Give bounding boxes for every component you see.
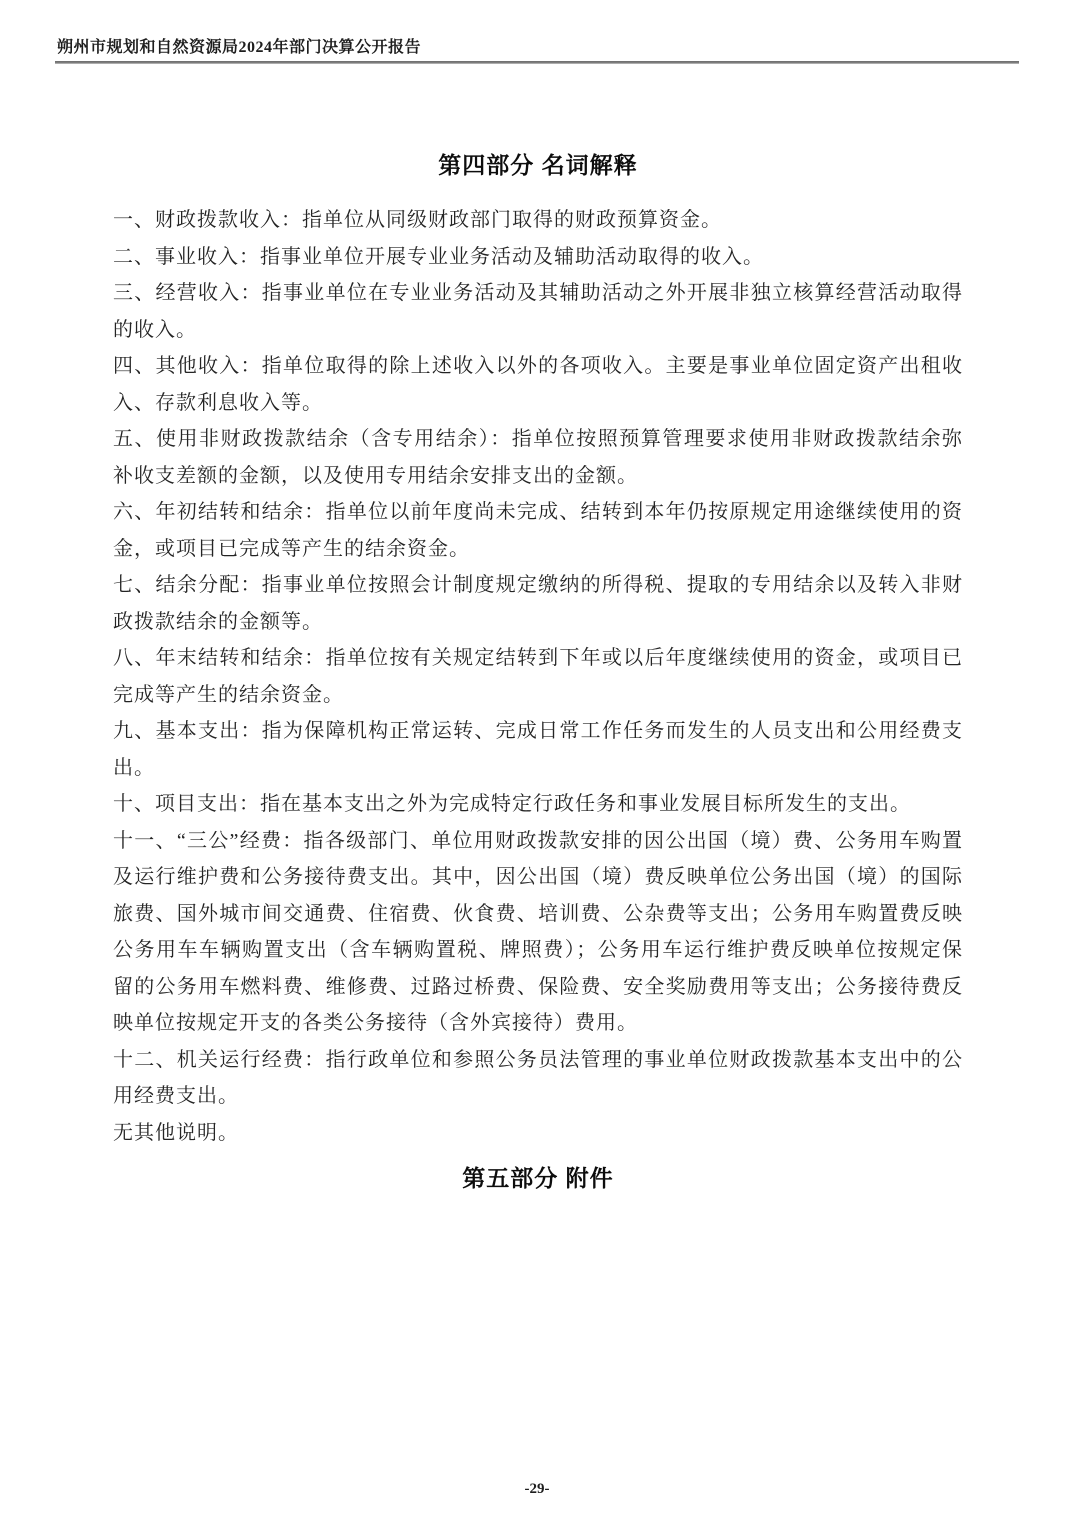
definition-item-10: 十、项目支出：指在基本支出之外为完成特定行政任务和事业发展目标所发生的支出。 xyxy=(113,786,963,823)
definition-item-5: 五、使用非财政拨款结余（含专用结余）：指单位按照预算管理要求使用非财政拨款结余弥… xyxy=(113,421,963,494)
definition-item-1: 一、财政拨款收入：指单位从同级财政部门取得的财政预算资金。 xyxy=(113,202,963,239)
definition-item-12: 十二、机关运行经费：指行政单位和参照公务员法管理的事业单位财政拨款基本支出中的公… xyxy=(113,1042,963,1115)
definition-item-6: 六、年初结转和结余：指单位以前年度尚未完成、结转到本年仍按原规定用途继续使用的资… xyxy=(113,494,963,567)
section5-heading: 第五部分 附件 xyxy=(113,1163,963,1193)
definition-item-2: 二、事业收入：指事业单位开展专业业务活动及辅助活动取得的收入。 xyxy=(113,239,963,276)
closing-note: 无其他说明。 xyxy=(113,1115,963,1152)
section4-heading: 第四部分 名词解释 xyxy=(113,150,963,180)
page-header-title: 朔州市规划和自然资源局2024年部门决算公开报告 xyxy=(57,34,421,57)
header-divider xyxy=(55,61,1019,64)
definition-item-8: 八、年末结转和结余：指单位按有关规定结转到下年或以后年度继续使用的资金，或项目已… xyxy=(113,640,963,713)
document-body: 第四部分 名词解释 一、财政拨款收入：指单位从同级财政部门取得的财政预算资金。 … xyxy=(113,150,963,1193)
definition-item-11: 十一、“三公”经费：指各级部门、单位用财政拨款安排的因公出国（境）费、公务用车购… xyxy=(113,823,963,1042)
definition-item-3: 三、经营收入：指事业单位在专业业务活动及其辅助活动之外开展非独立核算经营活动取得… xyxy=(113,275,963,348)
definition-item-4: 四、其他收入：指单位取得的除上述收入以外的各项收入。主要是事业单位固定资产出租收… xyxy=(113,348,963,421)
definition-item-7: 七、结余分配：指事业单位按照会计制度规定缴纳的所得税、提取的专用结余以及转入非财… xyxy=(113,567,963,640)
document-page: 朔州市规划和自然资源局2024年部门决算公开报告 第四部分 名词解释 一、财政拨… xyxy=(0,0,1074,1520)
definition-item-9: 九、基本支出：指为保障机构正常运转、完成日常工作任务而发生的人员支出和公用经费支… xyxy=(113,713,963,786)
page-number: -29- xyxy=(0,1481,1074,1498)
